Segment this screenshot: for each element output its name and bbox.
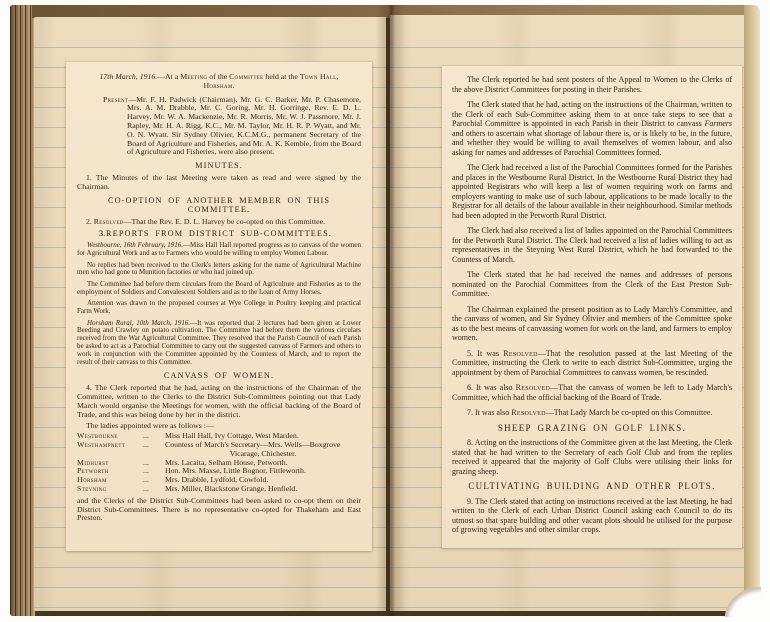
district-name: Westhampnett bbox=[77, 441, 143, 459]
minute-item-4: 4. The Clerk reported that he had, actin… bbox=[77, 384, 361, 419]
minute-item-8: 8. Acting on the instructions of the Com… bbox=[452, 438, 732, 476]
cooption-section-heading: CO-OPTION OF ANOTHER MEMBER ON THIS COMM… bbox=[77, 197, 361, 215]
minute-item-6: 6. It was also Resolved—That the canvass… bbox=[452, 383, 732, 402]
minute-item-5: 5. It was Resolved—That the resolution p… bbox=[452, 349, 732, 378]
text-segment: held at the bbox=[263, 72, 299, 81]
text-segment: Resolved bbox=[516, 383, 551, 392]
text-segment: —That the Rev. E. D. L. Harvey be co-opt… bbox=[124, 217, 325, 226]
posters-paragraph: The Clerk reported he had sent posters o… bbox=[452, 75, 732, 94]
text-segment: 2. bbox=[86, 217, 94, 226]
reports-section-title: REPORTS FROM DISTRICT SUB-COMMITTEES. bbox=[106, 229, 332, 238]
text-segment: Westbourne, 16th February, 1916. bbox=[87, 241, 183, 249]
ladies-row-westhampnett: Westhampnett ... Countess of March's Sec… bbox=[77, 441, 361, 459]
appointee-detail: Countess of March's Secretary—Mrs. Wells… bbox=[165, 441, 361, 459]
text-segment: Present bbox=[103, 95, 128, 104]
right-ledger-page: The Clerk reported he had sent posters o… bbox=[390, 15, 744, 611]
east-preston-paragraph: The Clerk stated that he had received th… bbox=[452, 270, 732, 299]
left-pasted-minutes-slip: 17th March, 1916.—At a Meeting of the Co… bbox=[66, 62, 372, 551]
left-ledger-page: 17th March, 1916.—At a Meeting of the Co… bbox=[34, 17, 386, 611]
ladies-row-steyning: Steyning ... Mrs. Miller, Blackstone Gra… bbox=[77, 485, 361, 494]
reports-section-heading: 3. REPORTS FROM DISTRICT SUB-COMMITTEES. bbox=[77, 230, 361, 239]
leader-dots: ... bbox=[143, 485, 165, 494]
westbourne-registrars-paragraph: The Clerk had received a list of the Par… bbox=[452, 163, 732, 220]
ladies-closing-paragraph: and the Clerks of the District Sub-Commi… bbox=[77, 497, 361, 523]
text-segment: Committee bbox=[229, 72, 263, 81]
text-segment: of the bbox=[207, 72, 229, 81]
text-segment: —At a bbox=[157, 72, 180, 81]
text-segment: Horsham Rural, 10th March, 1916. bbox=[87, 319, 190, 327]
text-segment: Farmers bbox=[704, 119, 732, 128]
minute-item-2: 2. Resolved—That the Rev. E. D. L. Harve… bbox=[77, 218, 361, 227]
petworth-ladies-paragraph: The Clerk had also received a list of la… bbox=[452, 226, 732, 264]
meeting-date-line2: Horsham. bbox=[81, 82, 357, 91]
text-segment: and others to ascertain what shortage of… bbox=[452, 129, 732, 157]
ladies-appointed-intro: The ladies appointed were as follows :— bbox=[77, 422, 361, 431]
no-replies-paragraph: No replies had been received to the Cler… bbox=[77, 262, 361, 278]
canvass-of-women-heading: CANVASS OF WOMEN. bbox=[77, 372, 361, 381]
text-segment: Town Hall bbox=[300, 72, 337, 81]
leader-dots: ... bbox=[143, 441, 165, 459]
right-pasted-minutes-slip: The Clerk reported he had sent posters o… bbox=[442, 66, 742, 548]
text-segment: . bbox=[233, 81, 235, 90]
appointee-detail: Mrs. Miller, Blackstone Grange, Henfield… bbox=[165, 485, 361, 494]
text-segment: —It was reported that 2 lectures had bee… bbox=[77, 319, 361, 367]
scanned-minute-book: 17th March, 1916.—At a Meeting of the Co… bbox=[10, 5, 760, 616]
district-name: Steyning bbox=[77, 485, 143, 494]
parochial-committee-paragraph: The Clerk stated that he had, acting on … bbox=[452, 100, 732, 157]
text-segment: 5. It was bbox=[467, 349, 503, 358]
page-stack-edge-left bbox=[10, 5, 36, 616]
chairman-explained-paragraph: The Chairman explained the present posit… bbox=[452, 305, 732, 343]
text-segment: Resolved bbox=[94, 217, 124, 226]
page-stack-edge-right bbox=[744, 5, 760, 616]
text-segment: Meeting bbox=[180, 72, 207, 81]
meeting-date-heading: 17th March, 1916.—At a Meeting of the Co… bbox=[81, 73, 357, 91]
text-segment: Resolved bbox=[503, 349, 538, 358]
text-segment: 17th March, 1916. bbox=[100, 72, 158, 81]
text-segment: Resolved bbox=[511, 408, 546, 417]
text-segment: , bbox=[337, 72, 339, 81]
sheep-grazing-heading: SHEEP GRAZING ON GOLF LINKS. bbox=[452, 424, 732, 434]
cultivating-plots-heading: CULTIVATING BUILDING AND OTHER PLOTS. bbox=[452, 482, 732, 492]
text-segment: —That Lady March be co-opted on this Com… bbox=[546, 408, 713, 417]
appointee-detail-line1: Countess of March's Secretary—Mrs. Wells… bbox=[165, 440, 340, 449]
westbourne-report-paragraph: Westbourne, 16th February, 1916.—Miss Ha… bbox=[77, 242, 361, 258]
minute-item-9: 9. The Clerk stated that acting on instr… bbox=[452, 497, 732, 535]
wye-college-paragraph: Attention was drawn to the proposed cour… bbox=[77, 300, 361, 316]
text-segment: Horsham bbox=[203, 81, 232, 90]
text-segment: —Mr. F. H. Padwick (Chairman), Mr. G. C.… bbox=[127, 95, 361, 157]
circulars-paragraph: The Committee had before them circulars … bbox=[77, 281, 361, 297]
horsham-rural-report-paragraph: Horsham Rural, 10th March, 1916.—It was … bbox=[77, 320, 361, 367]
text-segment: The Clerk stated that he had, acting on … bbox=[452, 100, 732, 128]
present-members-paragraph: Present—Mr. F. H. Padwick (Chairman), Mr… bbox=[77, 96, 361, 158]
text-segment: 7. It was also bbox=[467, 408, 511, 417]
text-segment: 6. It was also bbox=[467, 383, 516, 392]
minutes-section-heading: MINUTES. bbox=[77, 162, 361, 171]
reports-section-number: 3. bbox=[99, 230, 105, 239]
minute-item-1: 1. The Minutes of the last Meeting were … bbox=[77, 174, 361, 192]
minute-item-7: 7. It was also Resolved—That Lady March … bbox=[452, 408, 732, 418]
ladies-appointed-table: Westbourne ... Miss Hall Hall, Ivy Cotta… bbox=[77, 432, 361, 494]
